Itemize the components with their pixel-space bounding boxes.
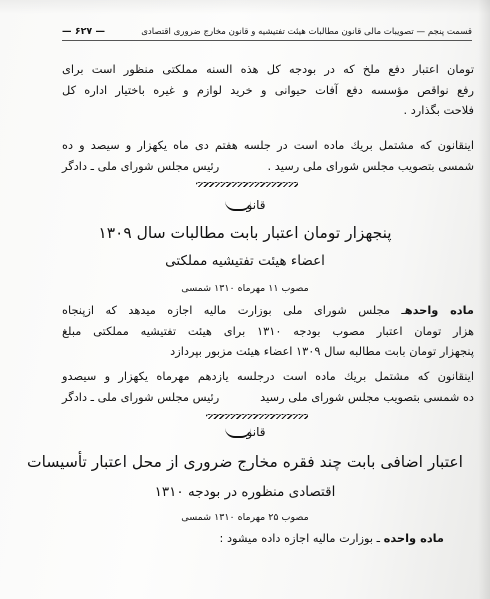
signature: رئیس مجلس شورای ملی ـ دادگر xyxy=(62,387,219,408)
document-page: قسمت پنجم — تصویبات مالی قانون مطالبات ه… xyxy=(0,0,490,599)
text-line: شمسی بتصویب مجلس شورای ملی رسید . xyxy=(268,156,474,177)
text-line-with-signature: ده شمسی بتصویب مجلس شورای ملی رسید رئیس … xyxy=(62,387,474,408)
law-1-label: قانو xyxy=(0,198,490,212)
running-header: قسمت پنجم — تصویبات مالی قانون مطالبات ه… xyxy=(62,26,472,41)
wavy-divider xyxy=(206,414,308,419)
text-line: اینقانون که مشتمل بریك ماده است در جلسه … xyxy=(62,135,474,156)
text-line: رفع نواقص مؤسسه دفع آفات حیوانی و خرید ل… xyxy=(62,80,474,101)
law-2-subtitle: اقتصادی منظوره در بودجه ۱۳۱۰ xyxy=(0,484,490,500)
scan-top-shadow xyxy=(0,0,490,14)
text-line: ده شمسی بتصویب مجلس شورای ملی رسید xyxy=(260,387,474,408)
law-1-approved-date: مصوب ۱۱ مهرماه ۱۳۱۰ شمسی xyxy=(0,283,490,294)
text-line: تومان اعتبار دفع ملخ که در بودجه کل هذه … xyxy=(62,59,474,80)
article-line: ماده واحده ـ بوزارت مالیه اجازه داده میش… xyxy=(62,528,474,549)
law-2-label: قانو xyxy=(0,425,490,439)
text-line: هزار تومان اعتبار مصوب بودجه ۱۳۱۰ برای ه… xyxy=(62,321,474,342)
page-number: — ۶۲۷ — xyxy=(62,26,105,37)
continuation-paragraph: تومان اعتبار دفع ملخ که در بودجه کل هذه … xyxy=(62,59,474,121)
wavy-divider xyxy=(196,182,298,187)
law-1-closing: اینقانون که مشتمل بریك ماده است درجلسه ی… xyxy=(62,366,474,407)
text-line: فلاحت بگذارد . xyxy=(62,100,474,121)
text-line-with-signature: شمسی بتصویب مجلس شورای ملی رسید . رئیس م… xyxy=(62,156,474,177)
article-first-line: ماده واحدهـ مجلس شورای ملی بوزارت مالیه … xyxy=(62,300,474,321)
article-label: ماده واحده xyxy=(405,303,474,317)
text-line: اینقانون که مشتمل بریك ماده است درجلسه ی… xyxy=(62,366,474,387)
text-line: ـ مجلس شورای ملی بوزارت مالیه اجازه میده… xyxy=(62,303,405,317)
law-2-title: اعتبار اضافی بابت چند فقره مخارج ضروری ا… xyxy=(0,453,490,471)
scan-edge-shadow xyxy=(478,0,490,599)
law-1-title: پنجهزار تومان اعتبار بابت مطالبات سال ۱۳… xyxy=(0,224,490,242)
article-label: ماده واحده xyxy=(384,531,444,545)
signature: رئیس مجلس شورای ملی ـ دادگر xyxy=(62,156,219,177)
text-line: پنجهزار تومان بابت مطالبه سال ۱۳۰۹ اعضاء… xyxy=(62,341,474,362)
law-2-approved-date: مصوب ۲۵ مهرماه ۱۳۱۰ شمسی xyxy=(0,512,490,523)
law-1-subtitle: اعضاء هیئت تفتیشیه مملکتی xyxy=(0,253,490,269)
law-2-article: ماده واحده ـ بوزارت مالیه اجازه داده میش… xyxy=(62,528,474,549)
header-title: قسمت پنجم — تصویبات مالی قانون مطالبات ه… xyxy=(141,27,472,37)
law-1-article: ماده واحدهـ مجلس شورای ملی بوزارت مالیه … xyxy=(62,300,474,362)
closing-paragraph-1: اینقانون که مشتمل بریك ماده است در جلسه … xyxy=(62,135,474,176)
text-line: ـ بوزارت مالیه اجازه داده میشود : xyxy=(219,531,380,545)
